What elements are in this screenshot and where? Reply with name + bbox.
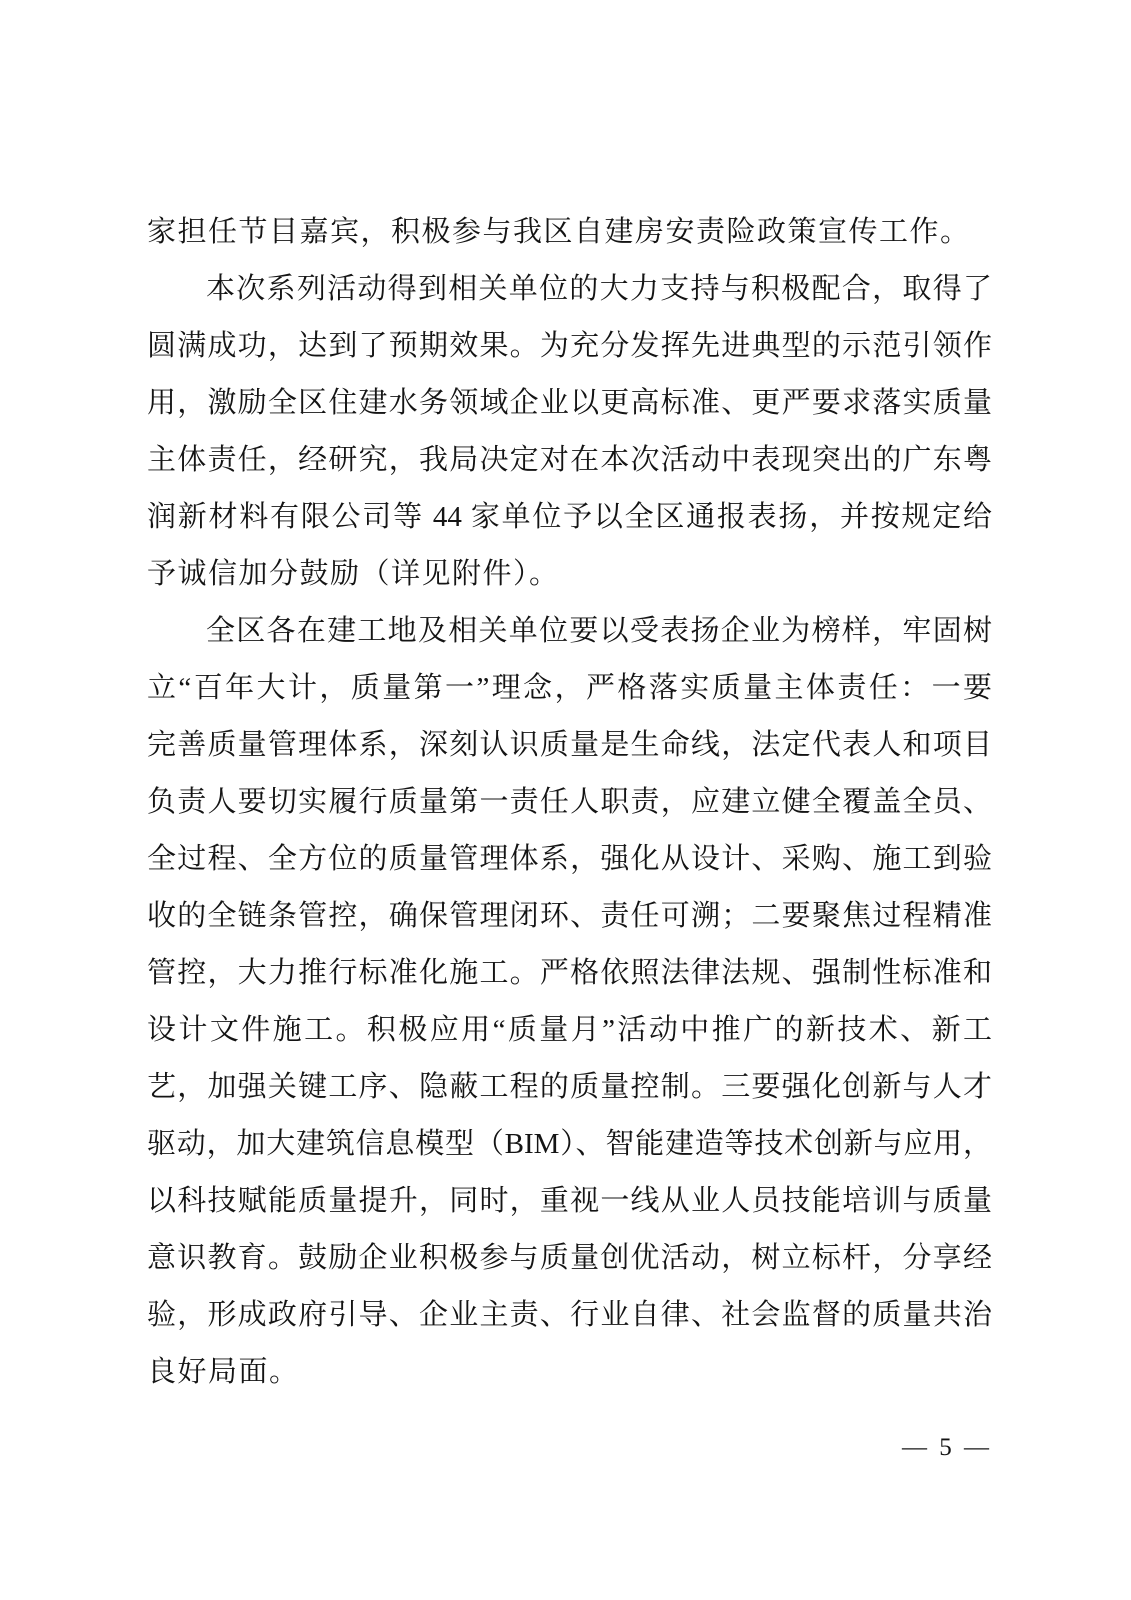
text-line: 立“百年大计，质量第一”理念，严格落实质量主体责任：一要 [147,660,992,717]
text-line: 主体责任，经研究，我局决定对在本次活动中表现突出的广东粤 [147,432,992,489]
text-line: 良好局面。 [147,1344,992,1401]
text-line: 设计文件施工。积极应用“质量月”活动中推广的新技术、新工 [147,1002,992,1059]
text-line: 润新材料有限公司等 44 家单位予以全区通报表扬，并按规定给 [147,489,992,546]
text-line: 家担任节目嘉宾，积极参与我区自建房安责险政策宣传工作。 [147,204,992,261]
text-line: 本次系列活动得到相关单位的大力支持与积极配合，取得了 [147,261,992,318]
document-body: 家担任节目嘉宾，积极参与我区自建房安责险政策宣传工作。 本次系列活动得到相关单位… [147,204,992,1401]
page-number: — 5 — [902,1431,992,1465]
text-line: 收的全链条管控，确保管理闭环、责任可溯；二要聚焦过程精准 [147,888,992,945]
text-line: 驱动，加大建筑信息模型（BIM）、智能建造等技术创新与应用， [147,1116,992,1173]
text-line: 验，形成政府引导、企业主责、行业自律、社会监督的质量共治 [147,1287,992,1344]
document-page: 家担任节目嘉宾，积极参与我区自建房安责险政策宣传工作。 本次系列活动得到相关单位… [0,0,1131,1600]
text-line: 全区各在建工地及相关单位要以受表扬企业为榜样，牢固树 [147,603,992,660]
text-line: 管控，大力推行标准化施工。严格依照法律法规、强制性标准和 [147,945,992,1002]
text-line: 负责人要切实履行质量第一责任人职责，应建立健全覆盖全员、 [147,774,992,831]
text-line: 完善质量管理体系，深刻认识质量是生命线，法定代表人和项目 [147,717,992,774]
text-line: 以科技赋能质量提升，同时，重视一线从业人员技能培训与质量 [147,1173,992,1230]
text-line: 艺，加强关键工序、隐蔽工程的质量控制。三要强化创新与人才 [147,1059,992,1116]
text-line: 用，激励全区住建水务领域企业以更高标准、更严要求落实质量 [147,375,992,432]
text-line: 予诚信加分鼓励（详见附件）。 [147,546,992,603]
text-line: 圆满成功，达到了预期效果。为充分发挥先进典型的示范引领作 [147,318,992,375]
text-line: 意识教育。鼓励企业积极参与质量创优活动，树立标杆，分享经 [147,1230,992,1287]
text-line: 全过程、全方位的质量管理体系，强化从设计、采购、施工到验 [147,831,992,888]
